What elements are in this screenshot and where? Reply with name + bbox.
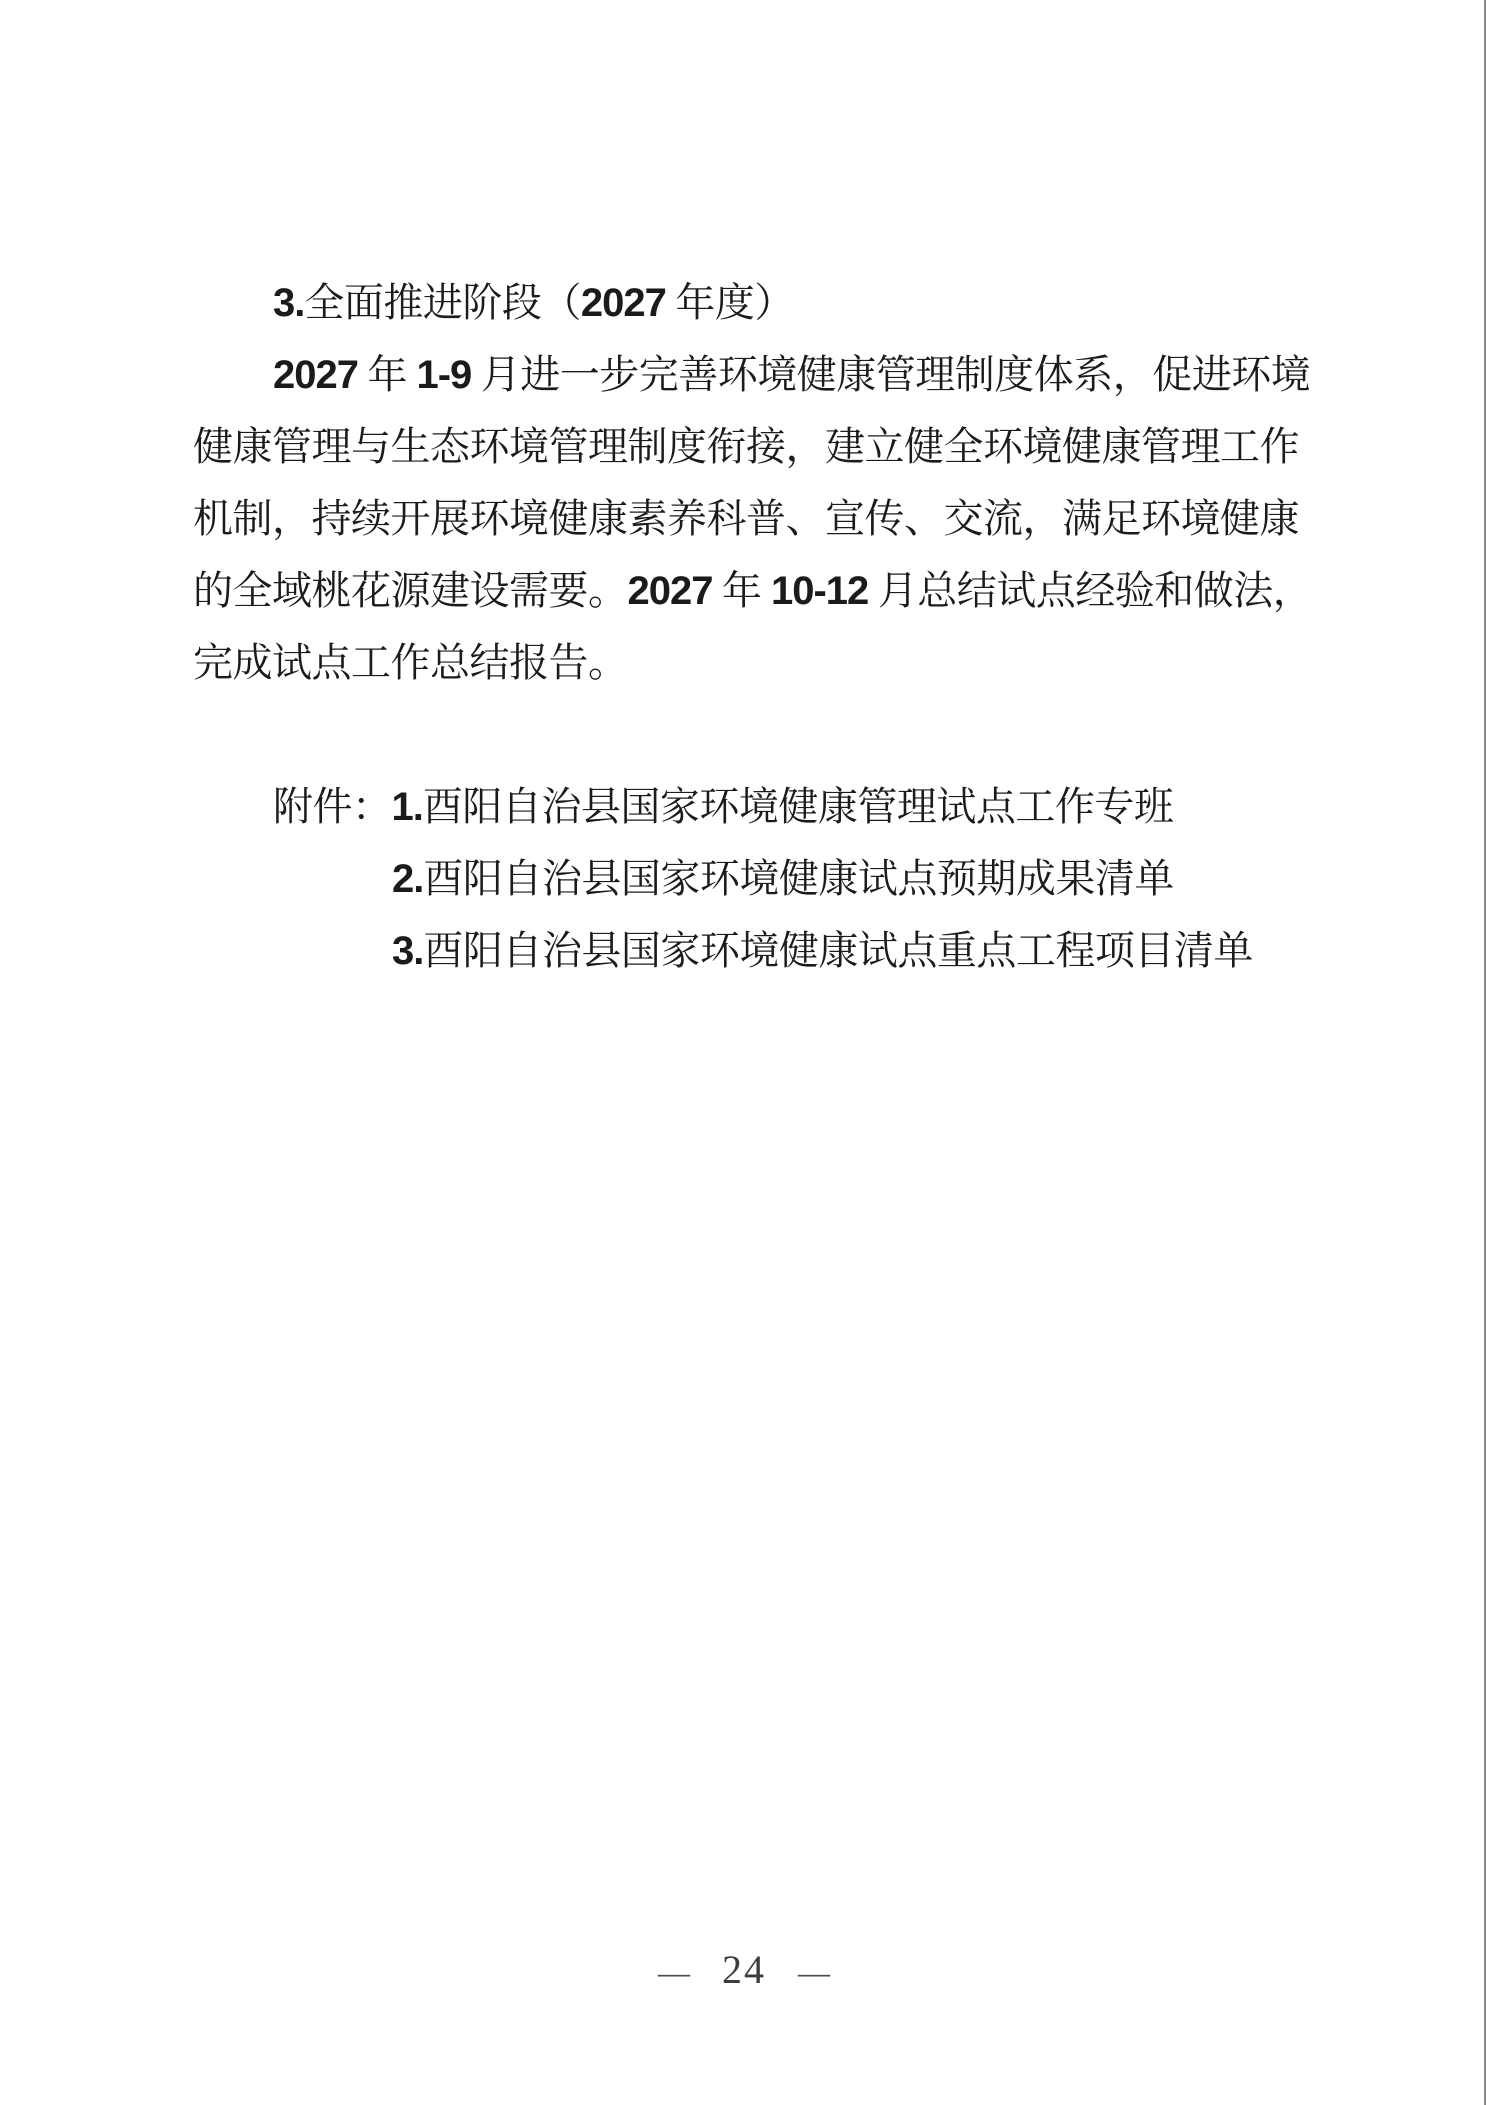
blank-line <box>193 699 1303 771</box>
document-body: 3.全面推进阶段（2027 年度） 2027 年 1-9 月进一步完善环境健康管… <box>193 267 1303 987</box>
section-heading: 3.全面推进阶段（2027 年度） <box>193 267 1303 339</box>
attachment-item: 3.酉阳自治县国家环境健康试点重点工程项目清单 <box>193 915 1303 987</box>
document-page: 3.全面推进阶段（2027 年度） 2027 年 1-9 月进一步完善环境健康管… <box>0 0 1488 2105</box>
attachment-lead-line: 附件：1.酉阳自治县国家环境健康管理试点工作专班 <box>193 771 1303 843</box>
paragraph-line: 的全域桃花源建设需要。2027 年 10-12 月总结试点经验和做法， <box>193 555 1303 627</box>
footer-dash-right: — <box>798 1954 830 1990</box>
page-footer: —24— <box>0 1950 1488 1992</box>
paragraph-line: 机制，持续开展环境健康素养科普、宣传、交流，满足环境健康 <box>193 483 1303 555</box>
scan-edge-line <box>1484 0 1486 2105</box>
paragraph-line: 完成试点工作总结报告。 <box>193 627 1303 699</box>
page-number: 24 <box>722 1947 766 1992</box>
paragraph-line: 2027 年 1-9 月进一步完善环境健康管理制度体系，促进环境 <box>193 339 1303 411</box>
body-paragraph: 2027 年 1-9 月进一步完善环境健康管理制度体系，促进环境 健康管理与生态… <box>193 339 1303 699</box>
attachments-block: 附件：1.酉阳自治县国家环境健康管理试点工作专班 2.酉阳自治县国家环境健康试点… <box>193 771 1303 987</box>
attachment-item: 2.酉阳自治县国家环境健康试点预期成果清单 <box>193 843 1303 915</box>
paragraph-line: 健康管理与生态环境管理制度衔接，建立健全环境健康管理工作 <box>193 411 1303 483</box>
footer-dash-left: — <box>658 1954 690 1990</box>
